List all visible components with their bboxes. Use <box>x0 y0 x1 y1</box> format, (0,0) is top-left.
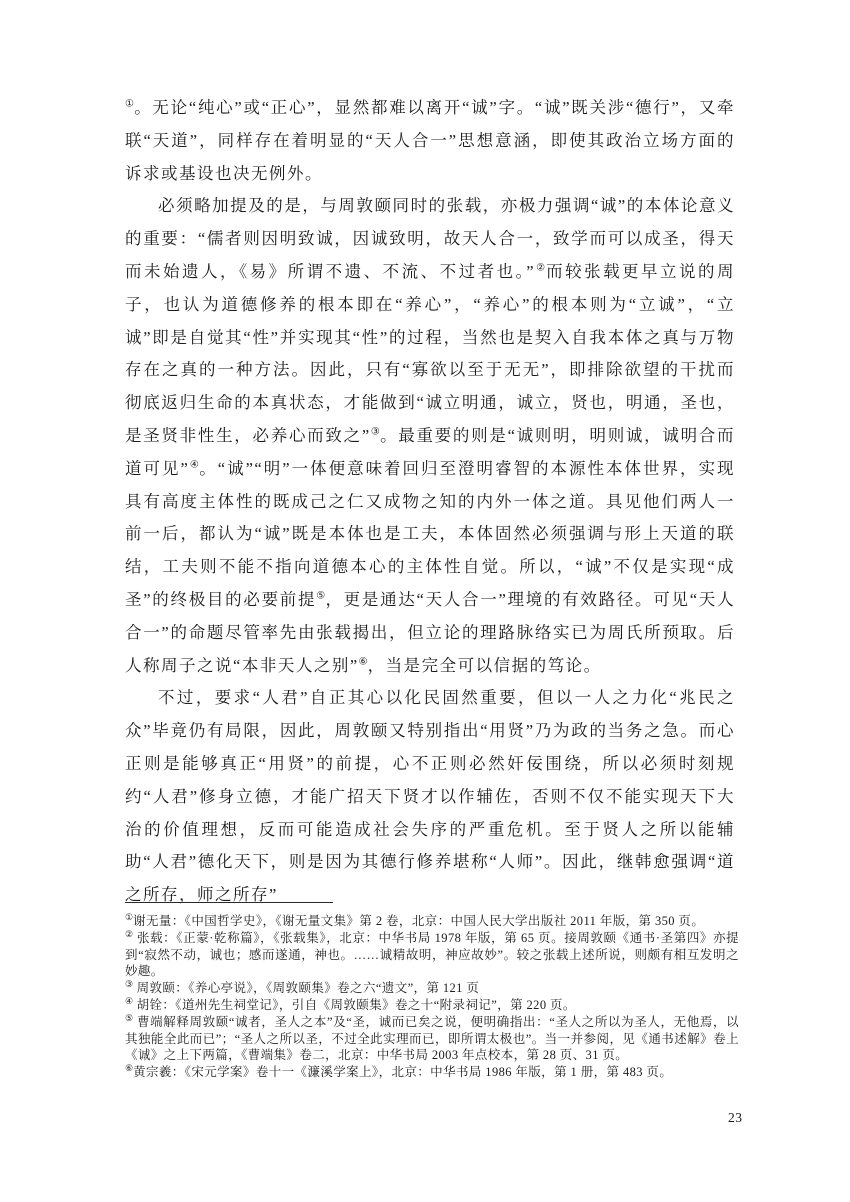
footnote-reference: ⑥ <box>359 656 368 667</box>
footnote-item: ⑤ 曹端解释周敦颐“诚者，圣人之本”及“圣，诚而已矣之说，便明确指出：“圣人之所… <box>125 1014 739 1064</box>
footnote-item: ③ 周敦颐：《养心亭说》，《周敦颐集》卷之六“遗文”，第 121 页 <box>125 980 739 997</box>
footnote-marker: ⑥ <box>125 1063 133 1073</box>
footnote-item: ④ 胡铨：《道州先生祠堂记》，引自《周敦颐集》卷之十“附录祠记”，第 220 页… <box>125 997 739 1014</box>
footnote-item: ② 张载：《正蒙·乾称篇》，《张载集》，北京：中华书局 1978 年版，第 65… <box>125 930 739 980</box>
footnote-item: ①谢无量：《中国哲学史》，《谢无量文集》第 2 卷，北京：中国人民大学出版社 2… <box>125 913 739 930</box>
footnote-reference: ④ <box>189 459 199 470</box>
body-paragraph: 必须略加提及的是，与周敦颐同时的张载，亦极力强调“诚”的本体论意义的重要：“儒者… <box>125 190 735 682</box>
footnote-item: ⑥黄宗羲：《宋元学案》卷十一《濂溪学案上》，北京：中华书局 1986 年版，第 … <box>125 1064 739 1081</box>
footnote-separator <box>125 902 333 903</box>
footnote-section: ①谢无量：《中国哲学史》，《谢无量文集》第 2 卷，北京：中国人民大学出版社 2… <box>125 902 739 1081</box>
footnote-reference: ② <box>535 262 546 273</box>
document-page: ①。无论“纯心”或“正心”，显然都难以离开“诚”字。“诚”既关涉“德行”，又牵联… <box>0 0 850 1202</box>
body-text: ①。无论“纯心”或“正心”，显然都难以离开“诚”字。“诚”既关涉“德行”，又牵联… <box>125 92 735 912</box>
footnote-marker: ④ <box>125 996 133 1006</box>
footnote-reference: ① <box>125 99 134 110</box>
body-paragraph: ①。无论“纯心”或“正心”，显然都难以离开“诚”字。“诚”既关涉“德行”，又牵联… <box>125 92 735 190</box>
footnote-reference: ⑤ <box>316 590 325 601</box>
footnote-marker: ③ <box>125 979 133 989</box>
page-number: 23 <box>728 1110 743 1126</box>
body-paragraph: 不过，要求“人君”自正其心以化民固然重要，但以一人之力化“兆民之众”毕竟仍有局限… <box>125 682 735 912</box>
footnote-marker: ⑤ <box>125 1013 133 1023</box>
footnote-marker: ② <box>125 929 133 939</box>
footnote-reference: ③ <box>371 426 380 437</box>
footnote-marker: ① <box>125 912 133 922</box>
